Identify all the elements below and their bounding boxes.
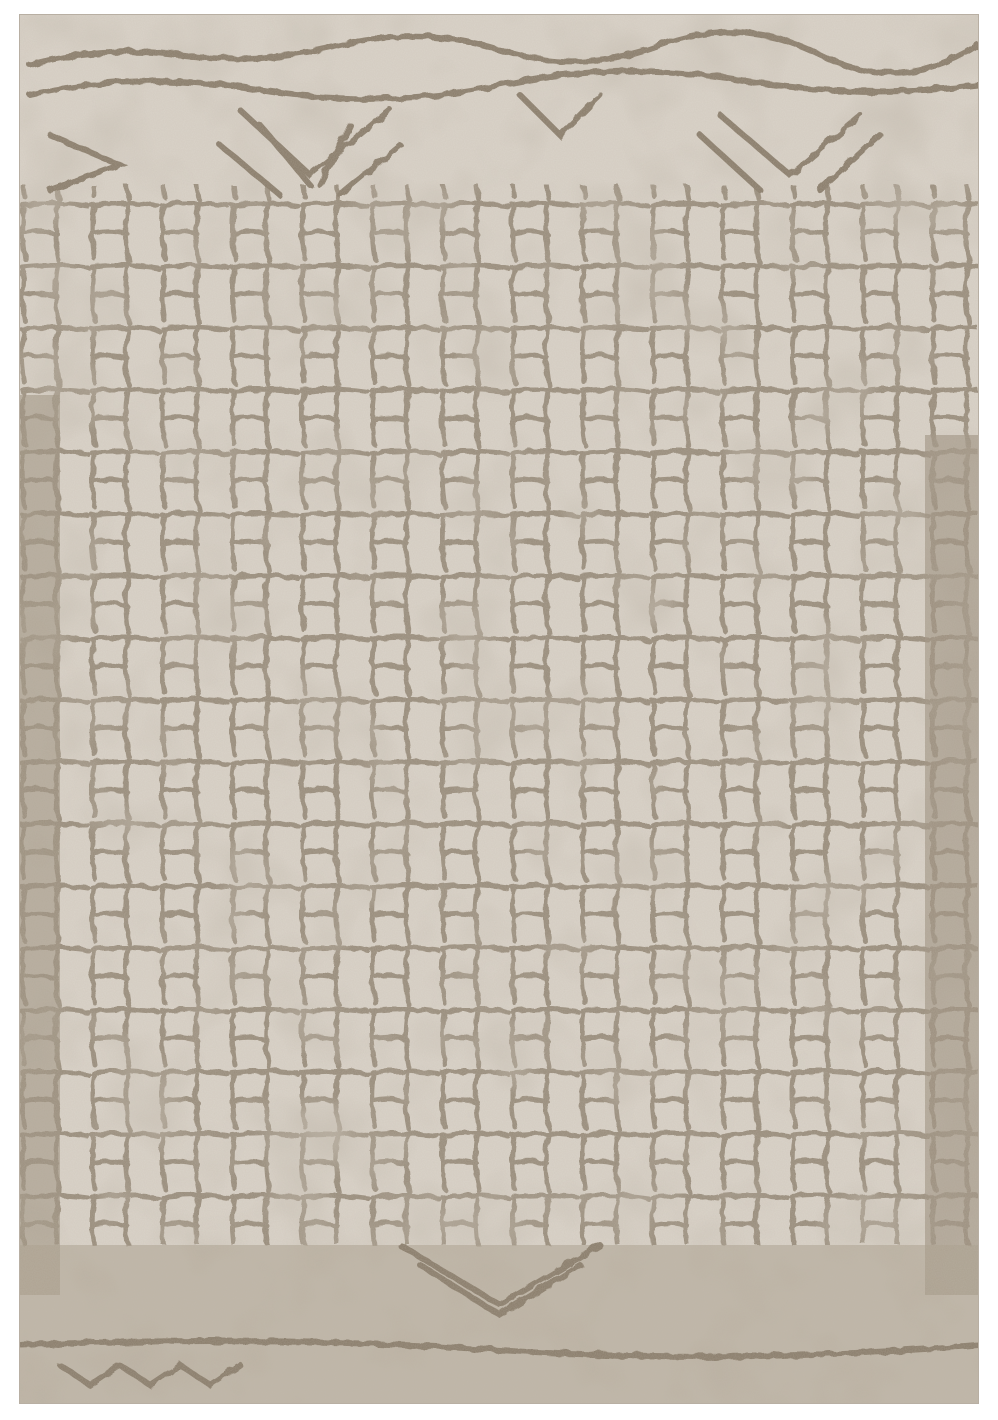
rug-photo: Rectangular beige rug with distressed ta… [20, 15, 978, 1403]
rug-pattern [20, 15, 978, 1403]
